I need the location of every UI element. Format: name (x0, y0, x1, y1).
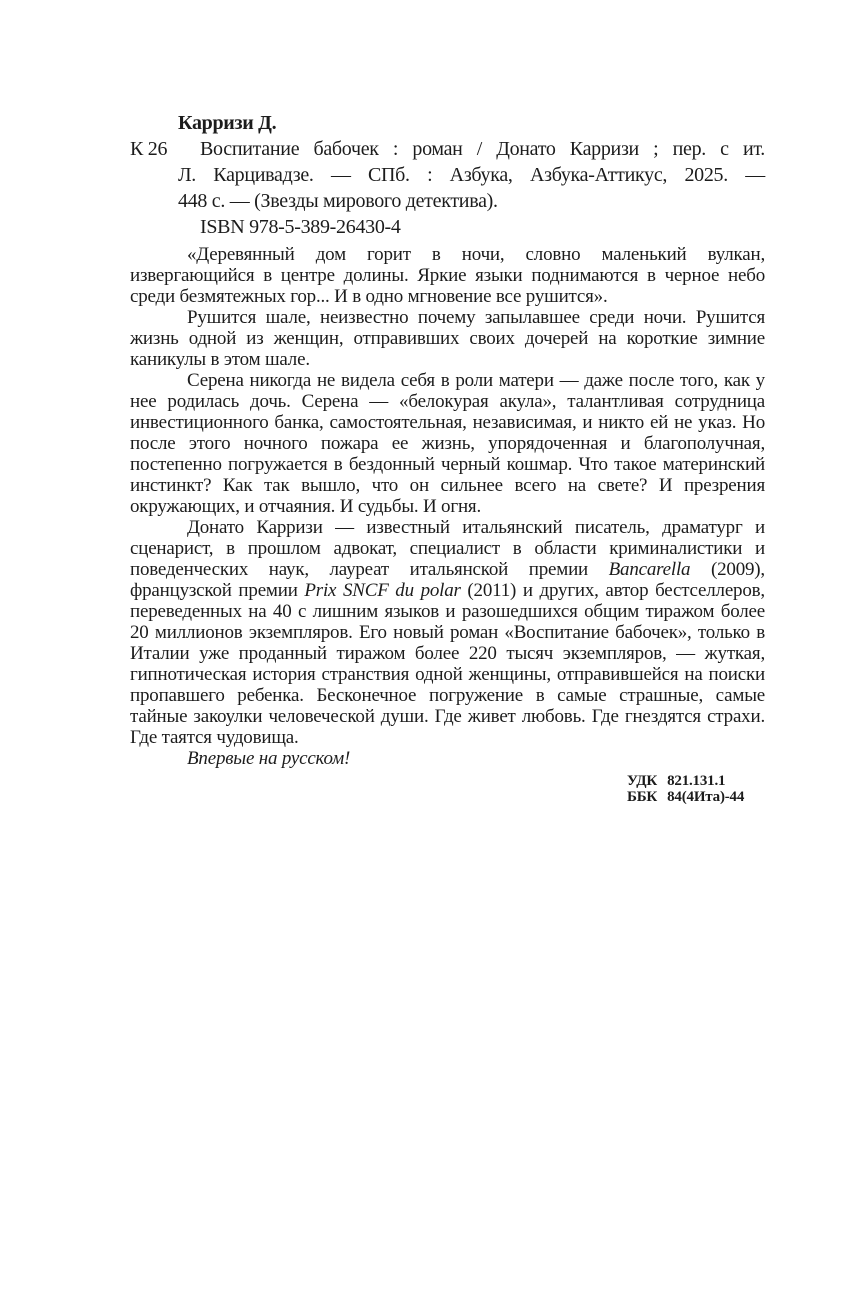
udk-code-row: УДК 821.131.1 (627, 774, 765, 790)
author-paragraph-text: (2011) и других, автор бестселлеров, пер… (130, 580, 765, 748)
catalog-entry-line: К 26 Воспитание бабочек : роман / Донато… (130, 136, 765, 162)
annotation-quote-paragraph: «Деревянный дом горит в ночи, словно мал… (130, 244, 765, 307)
book-copyright-page: Карризи Д. К 26 Воспитание бабочек : ром… (0, 0, 856, 1299)
udk-label: УДК (627, 774, 657, 790)
award-name-bancarella: Bancarella (609, 559, 691, 580)
bbk-label: ББК (627, 790, 657, 806)
author-heading: Карризи Д. (130, 110, 765, 136)
bibliographic-record: Карризи Д. К 26 Воспитание бабочек : ром… (130, 110, 765, 240)
award-name-prix-sncf: Prix SNCF du polar (304, 580, 460, 601)
annotation-author-paragraph: Донато Карризи — известный итальянский п… (130, 517, 765, 748)
catalog-index-code: К 26 (130, 136, 167, 162)
first-time-in-russian-note: Впервые на русском! (130, 748, 765, 769)
annotation-block: «Деревянный дом горит в ночи, словно мал… (130, 244, 765, 769)
bbk-value: 84(4Ита)-44 (667, 790, 744, 806)
classification-codes: УДК 821.131.1 ББК 84(4Ита)-44 (627, 774, 765, 805)
bbk-code-row: ББК 84(4Ита)-44 (627, 790, 765, 806)
isbn-line: ISBN 978-5-389-26430-4 (130, 214, 765, 240)
annotation-plot-paragraph-2: Серена никогда не видела себя в роли мат… (130, 370, 765, 517)
catalog-title-statement: Воспитание бабочек : роман / Донато Карр… (200, 136, 765, 162)
imprint-line: Л. Карцивадзе. — СПб. : Азбука, Азбука-А… (130, 162, 765, 188)
annotation-plot-paragraph-1: Рушится шале, неизвестно почему запылавш… (130, 307, 765, 370)
collation-series-line: 448 с. — (Звезды мирового детектива). (130, 188, 765, 214)
udk-value: 821.131.1 (667, 774, 725, 790)
